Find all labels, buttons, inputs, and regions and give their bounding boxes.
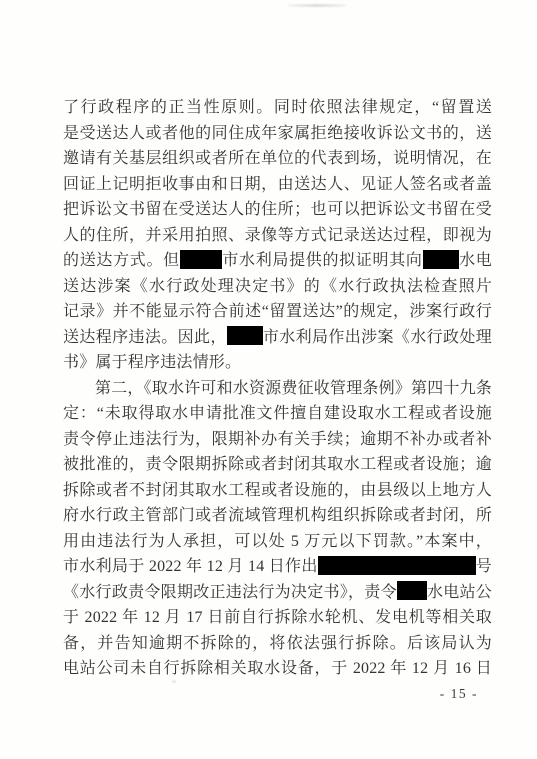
text-segment: 是受送达人或者他的同住成年家属拒绝接收诉讼文书的，送达人 — [63, 125, 492, 147]
text-segment: 邀请有关基层组织或者所在单位的代表到场，说明情况，在送达 — [63, 150, 492, 172]
text-segment: 记录》并不能显示符合前述“留置送达”的规定，涉案行政行为 — [63, 303, 492, 325]
text-segment: 第二，《取水许可和水资源费征收管理条例》第四十九条规 — [95, 380, 492, 402]
text-line: 把诉讼文书留在受送达人的住所；也可以把诉讼文书留在受送达 — [63, 197, 492, 223]
text-line: 送达程序违法。因此，市水利局作出涉案《水行政处理决定 — [63, 325, 492, 351]
text-line: 《水行政责令限期改正违法行为决定书》，责令水电站公司 — [63, 580, 492, 606]
document-body: 了行政程序的正当性原则。同时依照法律规定，“留置送达”应是受送达人或者他的同住成… — [63, 95, 492, 682]
text-segment: 把诉讼文书留在受送达人的住所；也可以把诉讼文书留在受送达 — [63, 201, 492, 223]
text-segment: 《水行政责令限期改正违法行为决定书》，责令 — [63, 584, 397, 601]
text-line: 回证上记明拒收事由和日期，由送达人、见证人签名或者盖章， — [63, 172, 492, 198]
text-line: 记录》并不能显示符合前述“留置送达”的规定，涉案行政行为 — [63, 299, 492, 325]
text-segment: 人的住所，并采用拍照、录像等方式记录送达过程，即视为送达 — [63, 227, 492, 249]
text-line: 是受送达人或者他的同住成年家属拒绝接收诉讼文书的，送达人 — [63, 121, 492, 147]
text-segment: 送达涉案《水行政处理决定书》的《水行政执法检查照片（摄像） — [63, 278, 492, 300]
text-segment: 拆除或者不封闭其取水工程或者设施的，由县级以上地方人民政 — [63, 482, 492, 504]
text-segment: 于 2022 年 12 月 17 日前自行拆除水轮机、发电机等相关取水设 — [63, 609, 492, 631]
text-segment: 用由违法行为人承担，可以处 5 万元以下罚款。”本案中， — [63, 533, 492, 550]
page-number: - 15 - — [440, 686, 478, 702]
text-segment: 定：“未取得取水申请批准文件擅自建设取水工程或者设施的， — [63, 405, 492, 427]
text-line: 书》属于程序违法情形。 — [63, 350, 492, 376]
scan-artifact — [288, 4, 346, 7]
text-line: 人的住所，并采用拍照、录像等方式记录送达过程，即视为送达 — [63, 223, 492, 249]
text-line: 于 2022 年 12 月 17 日前自行拆除水轮机、发电机等相关取水设 — [63, 605, 492, 631]
text-line: 责令停止违法行为，限期补办有关手续；逾期不补办或者补办未 — [63, 427, 492, 453]
text-segment: 了行政程序的正当性原则。同时依照法律规定，“留置送达”应 — [63, 99, 492, 121]
redaction-block — [318, 556, 476, 575]
text-segment: 被批准的，责令限期拆除或者封闭其取水工程或者设施；逾期不 — [63, 456, 492, 478]
document-page: 了行政程序的正当性原则。同时依照法律规定，“留置送达”应是受送达人或者他的同住成… — [0, 0, 537, 759]
text-segment: 回证上记明拒收事由和日期，由送达人、见证人签名或者盖章， — [63, 176, 492, 198]
text-line: 用由违法行为人承担，可以处 5 万元以下罚款。”本案中， — [63, 529, 492, 555]
text-segment: 送达程序违法。因此， — [63, 329, 227, 346]
text-line: 备，并告知逾期不拆除的，将依法强行拆除。后该局认为水 — [63, 631, 492, 657]
text-line: 的送达方式。但市水利局提供的拟证明其向水电站公司 — [63, 248, 492, 274]
text-line: 府水行政主管部门或者流域管理机构组织拆除或者封闭，所需费 — [63, 503, 492, 529]
text-segment: 号 — [476, 558, 492, 575]
text-line: 邀请有关基层组织或者所在单位的代表到场，说明情况，在送达 — [63, 146, 492, 172]
text-segment: 的送达方式。但 — [63, 252, 180, 269]
redaction-block — [180, 250, 222, 269]
text-line: 电站公司未自行拆除相关取水设备，于 2022 年 12 月 16 日作出 — [63, 656, 492, 682]
text-line: 被批准的，责令限期拆除或者封闭其取水工程或者设施；逾期不 — [63, 452, 492, 478]
text-segment: 市水利局于 2022 年 12 月 14 日作出 — [63, 558, 318, 575]
text-line: 送达涉案《水行政处理决定书》的《水行政执法检查照片（摄像） — [63, 274, 492, 300]
redaction-block — [423, 250, 459, 269]
redaction-block — [227, 326, 263, 345]
text-segment: 府水行政主管部门或者流域管理机构组织拆除或者封闭，所需费 — [63, 507, 492, 529]
text-line: 了行政程序的正当性原则。同时依照法律规定，“留置送达”应 — [63, 95, 492, 121]
text-line: 第二，《取水许可和水资源费征收管理条例》第四十九条规 — [63, 376, 492, 402]
text-segment: 备，并告知逾期不拆除的，将依法强行拆除。后该局认为 — [63, 635, 492, 652]
text-segment: 电站公司未自行拆除相关取水设备，于 2022 年 12 月 16 日作出 — [63, 660, 492, 682]
text-line: 定：“未取得取水申请批准文件擅自建设取水工程或者设施的， — [63, 401, 492, 427]
redaction-block — [397, 581, 427, 600]
text-line: 市水利局于 2022 年 12 月 14 日作出号 — [63, 554, 492, 580]
text-segment: 责令停止违法行为，限期补办有关手续；逾期不补办或者补办未 — [63, 431, 492, 453]
text-segment: 书》属于程序违法情形。 — [63, 354, 241, 371]
text-segment: 市水利局提供的拟证明其向 — [222, 252, 423, 269]
text-line: 拆除或者不封闭其取水工程或者设施的，由县级以上地方人民政 — [63, 478, 492, 504]
